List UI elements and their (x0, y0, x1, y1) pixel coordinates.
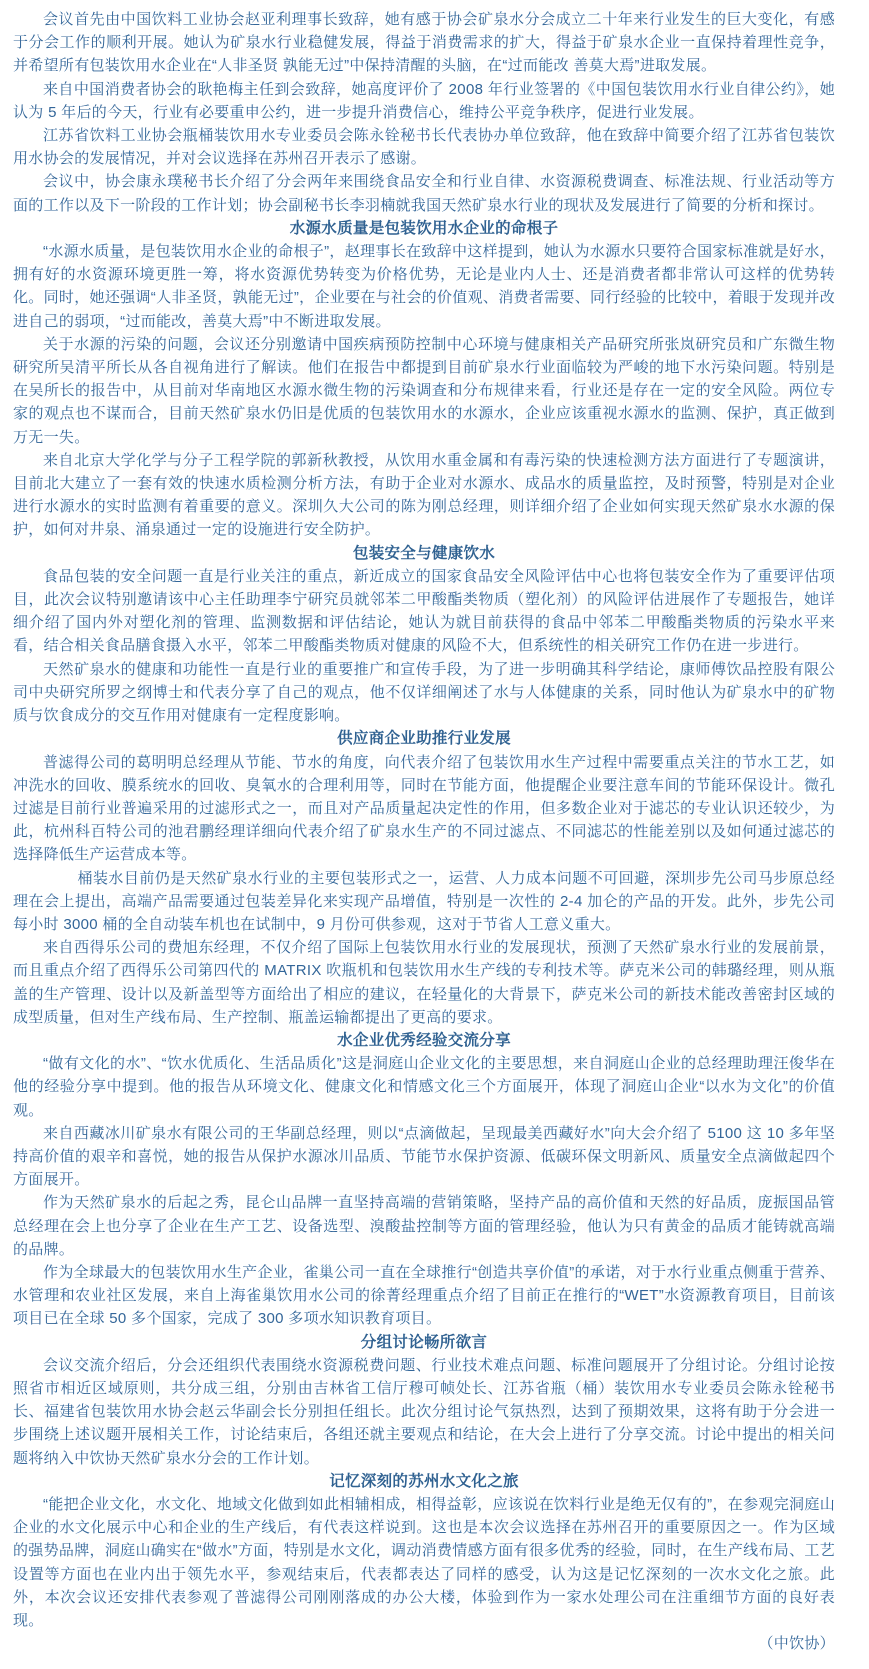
paragraph-plasticizer-report: 食品包装的安全问题一直是行业关注的重点，新近成立的国家食品安全风险评估中心也将包… (13, 565, 835, 658)
section-heading-suzhou-tour: 记忆深刻的苏州水文化之旅 (13, 1470, 835, 1493)
paragraph-tibet-glacier: 来自西藏冰川矿泉水有限公司的王华副总经理，则以“点滴做起，呈现最美西藏好水”向大… (13, 1122, 835, 1192)
paragraph-health-function: 天然矿泉水的健康和功能性一直是行业的重要推广和宣传手段，为了进一步明确其科学结论… (13, 658, 835, 728)
paragraph-pollution-issue: 关于水源的污染的问题，会议还分别邀请中国疾病预防控制中心环境与健康相关产品研究所… (13, 333, 835, 449)
section-heading-packaging-safety: 包装安全与健康饮水 (13, 542, 835, 565)
section-heading-suppliers: 供应商企业助推行业发展 (13, 727, 835, 750)
paragraph-water-saving: 普滤得公司的葛明明总经理从节能、节水的角度，向代表介绍了包装饮用水生产过程中需要… (13, 751, 835, 867)
paragraph-secretary-report: 会议中，协会康永璞秘书长介绍了分会两年来围绕食品安全和行业自律、水资源税费调查、… (13, 170, 835, 216)
paragraph-jiangsu-association: 江苏省饮料工业协会瓶桶装饮用水专业委员会陈永铨秘书长代表协办单位致辞，他在致辞中… (13, 124, 835, 170)
section-heading-experience-sharing: 水企业优秀经验交流分享 (13, 1029, 835, 1052)
paragraph-dongtingshan: “做有文化的水”、“饮水优质化、生活品质化”这是洞庭山企业文化的主要思想，来自洞… (13, 1052, 835, 1122)
paragraph-opening-speech: 会议首先由中国饮料工业协会赵亚利理事长致辞，她有感于协会矿泉水分会成立二十年来行… (13, 8, 835, 78)
paragraph-nestle: 作为全球最大的包装饮用水生产企业，雀巢公司一直在全球推行“创造共享价值”的承诺，… (13, 1261, 835, 1331)
paragraph-suzhou-water-culture: “能把企业文化，水文化、地域文化做到如此相辅相成，相得益彰，应该说在饮料行业是绝… (13, 1493, 835, 1632)
paragraph-sidel-sacmi: 来自西得乐公司的费旭东经理，不仅介绍了国际上包装饮用水行业的发展现状，预测了天然… (13, 936, 835, 1029)
paragraph-barreled-water: 桶装水目前仍是天然矿泉水行业的主要包装形式之一，运营、人力成本问题不可回避，深圳… (13, 867, 835, 937)
byline-source: （中饮协） (13, 1632, 835, 1655)
article-body: 会议首先由中国饮料工业协会赵亚利理事长致辞，她有感于协会矿泉水分会成立二十年来行… (0, 0, 869, 1669)
paragraph-kunlunshan: 作为天然矿泉水的后起之秀，昆仑山品牌一直坚持高端的营销策略，坚持产品的高价值和天… (13, 1191, 835, 1261)
paragraph-peking-university: 来自北京大学化学与分子工程学院的郭新秋教授，从饮用水重金属和有毒污染的快速检测方… (13, 449, 835, 542)
paragraph-water-quality: “水源水质量，是包装饮用水企业的命根子”，赵理事长在致辞中这样提到，她认为水源水… (13, 240, 835, 333)
paragraph-group-discussion: 会议交流介绍后，分会还组织代表围绕水资源税费问题、行业技术难点问题、标准问题展开… (13, 1354, 835, 1470)
section-heading-group-discussion: 分组讨论畅所欲言 (13, 1331, 835, 1354)
section-heading-water-source: 水源水质量是包装饮用水企业的命根子 (13, 217, 835, 240)
paragraph-consumer-association: 来自中国消费者协会的耿艳梅主任到会致辞，她高度评价了 2008 年行业签署的《中… (13, 78, 835, 124)
